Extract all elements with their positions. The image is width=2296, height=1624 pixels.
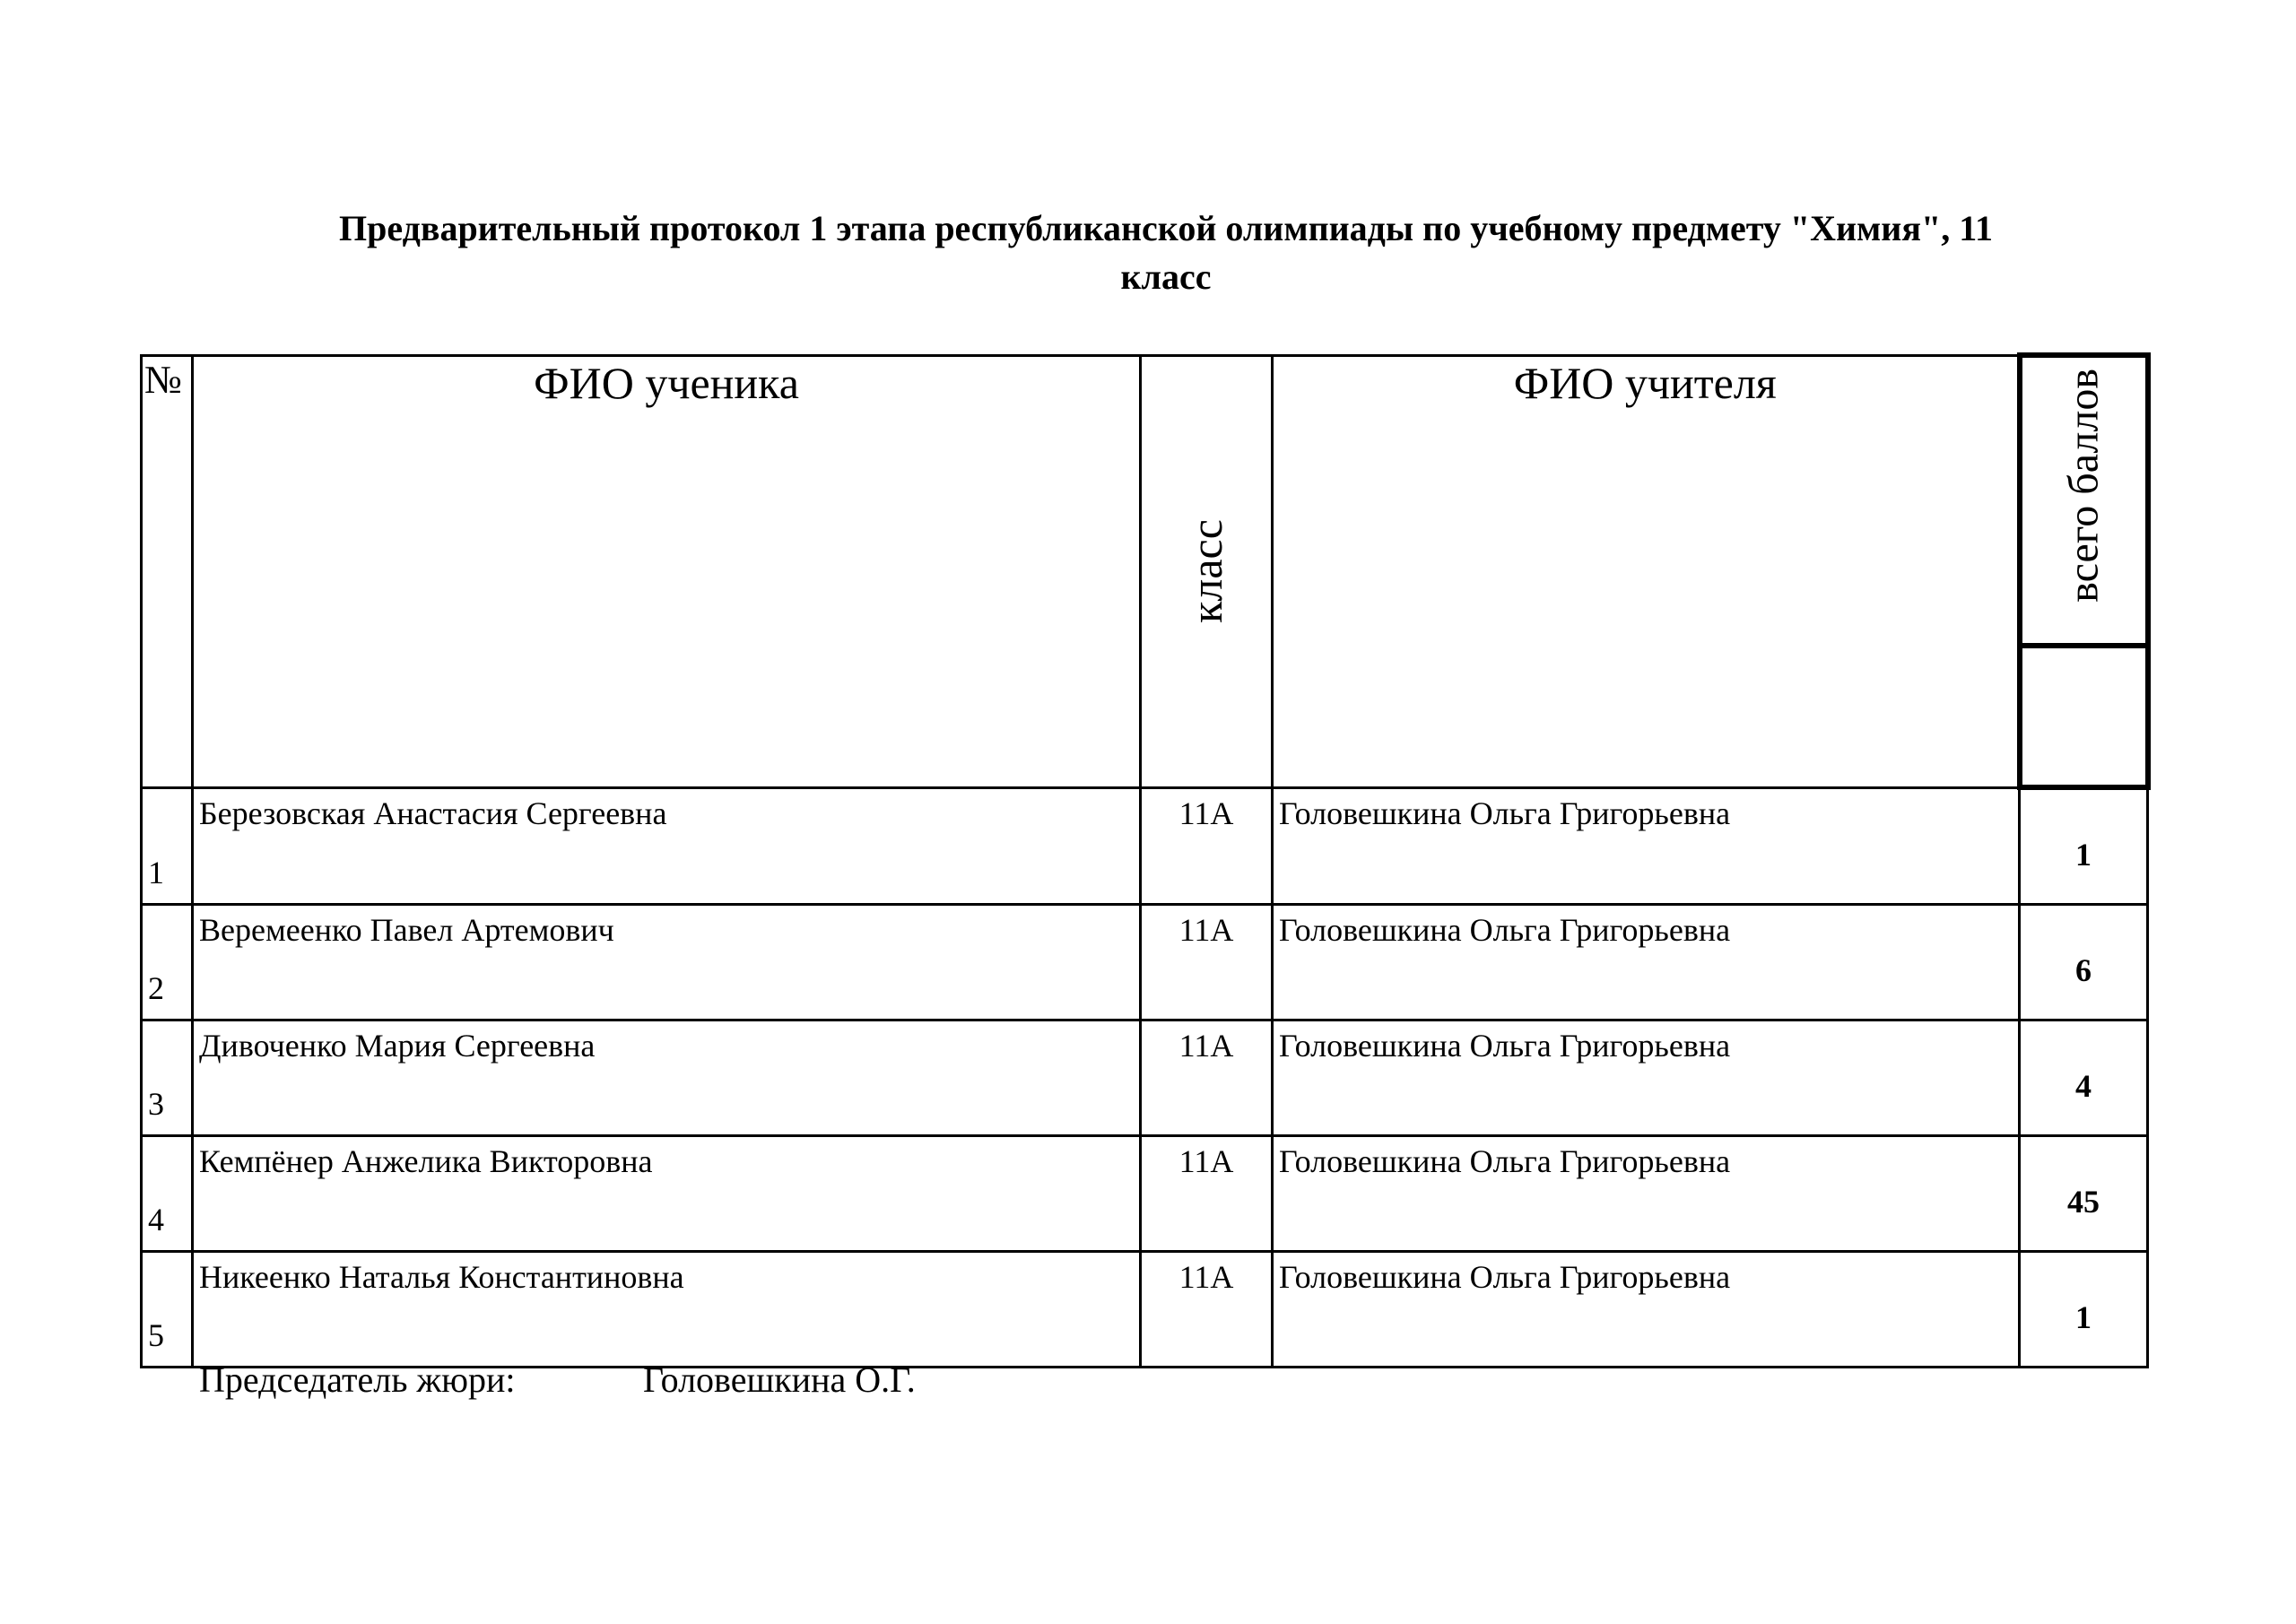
teacher-name: Головешкина Ольга Григорьевна — [1273, 1136, 2020, 1252]
student-name: Березовская Анастасия Сергеевна — [193, 787, 1141, 905]
table-row: 5Никеенко Наталья Константиновна11АГолов… — [142, 1252, 2148, 1368]
row-number: 2 — [142, 905, 193, 1020]
total-score: 1 — [2020, 1252, 2148, 1368]
teacher-name: Головешкина Ольга Григорьевна — [1273, 787, 2020, 905]
header-score-subcell — [2022, 648, 2145, 779]
teacher-name: Головешкина Ольга Григорьевна — [1273, 1020, 2020, 1136]
student-name: Кемпёнер Анжелика Викторовна — [193, 1136, 1141, 1252]
header-teacher: ФИО учителя — [1273, 355, 2020, 787]
row-number: 4 — [142, 1136, 193, 1252]
row-number: 5 — [142, 1252, 193, 1368]
total-score: 45 — [2020, 1136, 2148, 1252]
student-class: 11А — [1141, 1252, 1273, 1368]
table-row: 3Дивоченко Мария Сергеевна11АГоловешкина… — [142, 1020, 2148, 1136]
header-class-label: класс — [1180, 519, 1232, 623]
student-name: Дивоченко Мария Сергеевна — [193, 1020, 1141, 1136]
header-num: № — [142, 355, 193, 787]
table-row: 1Березовская Анастасия Сергеевна11АГолов… — [142, 787, 2148, 905]
table-row: 2Веремеенко Павел Артемович11АГоловешкин… — [142, 905, 2148, 1020]
jury-chair-label: Председатель жюри: — [199, 1359, 643, 1401]
total-score: 1 — [2020, 787, 2148, 905]
row-number: 3 — [142, 1020, 193, 1136]
student-name: Никеенко Наталья Константиновна — [193, 1252, 1141, 1368]
results-table: № ФИО ученика класс ФИО учителя всего ба… — [140, 352, 2151, 1368]
jury-chair-name: Головешкина О.Г. — [643, 1359, 916, 1400]
title-line-2: класс — [224, 253, 2108, 301]
total-score: 4 — [2020, 1020, 2148, 1136]
teacher-name: Головешкина Ольга Григорьевна — [1273, 1252, 2020, 1368]
header-score: всего баллов — [2020, 355, 2148, 787]
student-class: 11А — [1141, 1020, 1273, 1136]
jury-signature: Председатель жюри:Головешкина О.Г. — [199, 1359, 916, 1401]
header-student: ФИО ученика — [193, 355, 1141, 787]
student-class: 11А — [1141, 787, 1273, 905]
document-title: Предварительный протокол 1 этапа республ… — [224, 204, 2108, 301]
row-number: 1 — [142, 787, 193, 905]
student-class: 11А — [1141, 1136, 1273, 1252]
total-score: 6 — [2020, 905, 2148, 1020]
table-row: 4Кемпёнер Анжелика Викторовна11АГоловешк… — [142, 1136, 2148, 1252]
student-class: 11А — [1141, 905, 1273, 1020]
title-line-1: Предварительный протокол 1 этапа республ… — [224, 204, 2108, 253]
teacher-name: Головешкина Ольга Григорьевна — [1273, 905, 2020, 1020]
table-header-row: № ФИО ученика класс ФИО учителя всего ба… — [142, 355, 2148, 787]
header-class: класс — [1141, 355, 1273, 787]
student-name: Веремеенко Павел Артемович — [193, 905, 1141, 1020]
header-score-label: всего баллов — [2059, 369, 2109, 603]
